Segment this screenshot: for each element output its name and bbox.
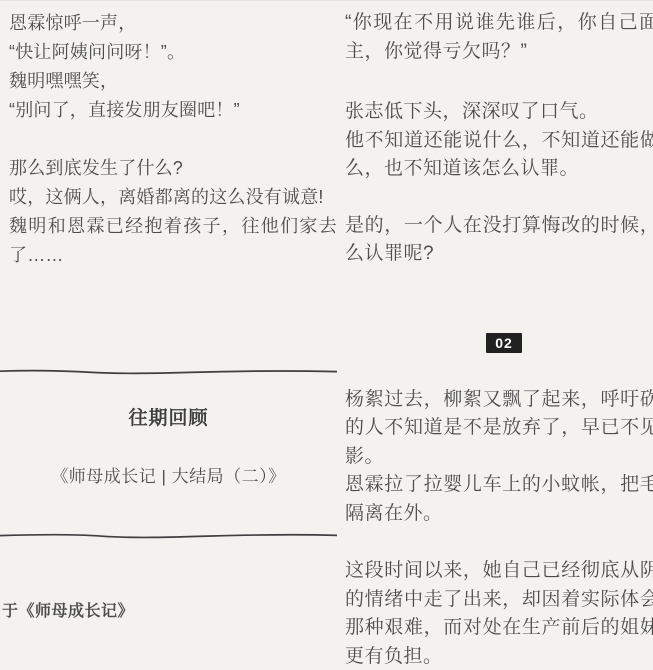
left-page: 恩霖惊呼一声， “快让阿姨问问呀！”。 魏明嘿嘿笑， “别问了，直接发朋友圈吧！…: [0, 0, 337, 670]
section-number-badge: 02: [486, 333, 522, 353]
story-paragraph: 这段时间以来，她自己已经彻底从阴暗的情绪中走了出来，却因着实际体会过那种艰难，而…: [345, 557, 653, 670]
recap-heading: 往期回顾: [0, 404, 337, 433]
section-badge-row: 02: [345, 333, 653, 353]
article-spread: 恩霖惊呼一声， “快让阿姨问问呀！”。 魏明嘿嘿笑， “别问了，直接发朋友圈吧！…: [0, 0, 653, 670]
series-footnote[interactable]: 于《师母成长记》: [2, 597, 337, 626]
story-paragraph: 那么到底发生了什么? 哎，这俩人，离婚都离的这么没有诚意! 魏明和恩霖已经抱着孩…: [9, 154, 337, 270]
right-page: “你现在不用说谁先谁后，你自己面对主，你觉得亏欠吗？” 张志低下头，深深叹了口气…: [345, 0, 653, 670]
story-paragraph: 是的，一个人在没打算悔改的时候，怎么认罪呢?: [345, 212, 653, 269]
story-paragraph: 张志低下头，深深叹了口气。 他不知道还能说什么，不知道还能做什么，也不知道该怎么…: [345, 98, 653, 184]
hand-drawn-divider-top: [0, 367, 337, 377]
story-paragraph: 杨絮过去，柳絮又飘了起来，呼吁砍树的人不知道是不是放弃了，早已不见踪影。 恩霖拉…: [345, 386, 653, 529]
hand-drawn-divider-bottom: [0, 531, 337, 541]
recap-article-link[interactable]: 《师母成长记 | 大结局（二）》: [0, 462, 337, 491]
story-paragraph: 恩霖惊呼一声， “快让阿姨问问呀！”。 魏明嘿嘿笑， “别问了，直接发朋友圈吧！…: [9, 9, 337, 125]
story-paragraph: “你现在不用说谁先谁后，你自己面对主，你觉得亏欠吗？”: [345, 9, 653, 66]
